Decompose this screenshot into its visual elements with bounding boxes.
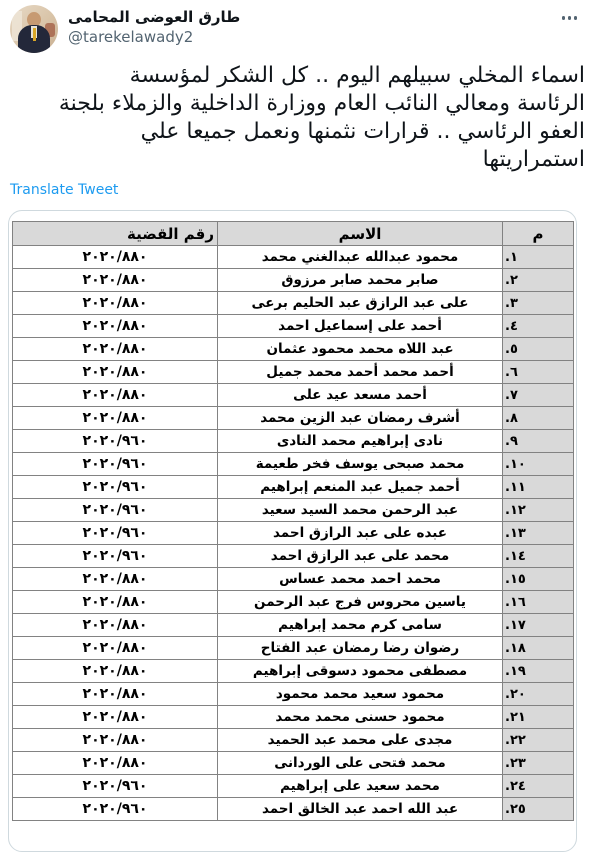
serial-cell: ١٩. [503, 660, 574, 683]
more-menu-icon[interactable] [558, 12, 582, 24]
case-table-body: ١.محمود عبدالله عبدالغني محمد٢٠٢٠/٨٨٠٢.ص… [13, 246, 574, 821]
case-number-value: ٢٠٢٠/٨٨٠ [83, 295, 148, 311]
case-number-value: ٢٠٢٠/٨٨٠ [83, 571, 148, 587]
case-number-cell: ٢٠٢٠/٨٨٠ [13, 591, 218, 614]
table-row: ١١.أحمد جميل عبد المنعم إبراهيم٢٠٢٠/٩٦٠ [13, 476, 574, 499]
name-cell: مصطفى محمود دسوقى إبراهيم [218, 660, 503, 683]
case-number-cell: ٢٠٢٠/٨٨٠ [13, 683, 218, 706]
case-number-value: ٢٠٢٠/٨٨٠ [83, 732, 148, 748]
case-number-value: ٢٠٢٠/٨٨٠ [83, 755, 148, 771]
tweet-line: الرئاسة ومعالي النائب العام ووزارة الداخ… [8, 90, 585, 118]
translate-tweet-link[interactable]: Translate Tweet [10, 182, 118, 198]
case-number-cell: ٢٠٢٠/٩٦٠ [13, 499, 218, 522]
serial-cell: ١٥. [503, 568, 574, 591]
case-number-cell: ٢٠٢٠/٨٨٠ [13, 384, 218, 407]
table-row: ٢٥.عبد الله احمد عبد الخالق احمد٢٠٢٠/٩٦٠ [13, 798, 574, 821]
user-block: طارق العوضى المحامى @tarekelawady2 [68, 7, 240, 47]
name-cell: أحمد جميل عبد المنعم إبراهيم [218, 476, 503, 499]
serial-cell: ٢٥. [503, 798, 574, 821]
case-number-cell: ٢٠٢٠/٨٨٠ [13, 407, 218, 430]
table-row: ٢٢.مجدى على محمد عبد الحميد٢٠٢٠/٨٨٠ [13, 729, 574, 752]
case-number-value: ٢٠٢٠/٨٨٠ [83, 686, 148, 702]
case-number-value: ٢٠٢٠/٨٨٠ [83, 663, 148, 679]
case-number-cell: ٢٠٢٠/٨٨٠ [13, 637, 218, 660]
name-cell: مجدى على محمد عبد الحميد [218, 729, 503, 752]
case-number-cell: ٢٠٢٠/٨٨٠ [13, 315, 218, 338]
name-cell: محمد صبحى يوسف فخر طعيمة [218, 453, 503, 476]
case-number-cell: ٢٠٢٠/٨٨٠ [13, 729, 218, 752]
tweet-text: اسماء المخلي سبيلهم اليوم .. كل الشكر لم… [8, 62, 585, 174]
case-number-cell: ٢٠٢٠/٩٦٠ [13, 430, 218, 453]
serial-cell: ١٧. [503, 614, 574, 637]
serial-cell: ٢٠. [503, 683, 574, 706]
serial-cell: ١. [503, 246, 574, 269]
case-number-cell: ٢٠٢٠/٩٦٠ [13, 545, 218, 568]
name-cell: أشرف رمضان عبد الزين محمد [218, 407, 503, 430]
case-number-cell: ٢٠٢٠/٨٨٠ [13, 361, 218, 384]
serial-cell: ٣. [503, 292, 574, 315]
case-number-value: ٢٠٢٠/٨٨٠ [83, 387, 148, 403]
user-handle: @tarekelawady2 [68, 27, 240, 47]
name-cell: محمد احمد محمد عساس [218, 568, 503, 591]
case-number-value: ٢٠٢٠/٩٦٠ [83, 778, 148, 794]
case-number-value: ٢٠٢٠/٩٦٠ [83, 502, 148, 518]
tweet-page: طارق العوضى المحامى @tarekelawady2 اسماء… [0, 0, 595, 852]
table-row: ١.محمود عبدالله عبدالغني محمد٢٠٢٠/٨٨٠ [13, 246, 574, 269]
case-number-value: ٢٠٢٠/٩٦٠ [83, 479, 148, 495]
serial-cell: ٢٣. [503, 752, 574, 775]
case-number-value: ٢٠٢٠/٨٨٠ [83, 272, 148, 288]
case-number-cell: ٢٠٢٠/٨٨٠ [13, 269, 218, 292]
name-cell: محمد فتحى على الوردانى [218, 752, 503, 775]
serial-cell: ٧. [503, 384, 574, 407]
serial-cell: ١٨. [503, 637, 574, 660]
table-row: ٧.أحمد مسعد عيد على٢٠٢٠/٨٨٠ [13, 384, 574, 407]
serial-cell: ١٣. [503, 522, 574, 545]
case-number-value: ٢٠٢٠/٨٨٠ [83, 341, 148, 357]
case-number-value: ٢٠٢٠/٨٨٠ [83, 249, 148, 265]
tweet-line: العفو الرئاسي .. قرارات نثمنها ونعمل جمي… [8, 118, 585, 146]
table-header-row: م الاسم رقم القضية [13, 222, 574, 246]
table-row: ٤.أحمد على إسماعيل احمد٢٠٢٠/٨٨٠ [13, 315, 574, 338]
name-cell: محمود حسنى محمد محمد [218, 706, 503, 729]
table-row: ٦.أحمد محمد أحمد محمد جميل٢٠٢٠/٨٨٠ [13, 361, 574, 384]
table-row: ٢٠.محمود سعيد محمد محمود٢٠٢٠/٨٨٠ [13, 683, 574, 706]
case-number-cell: ٢٠٢٠/٩٦٠ [13, 522, 218, 545]
case-number-cell: ٢٠٢٠/٨٨٠ [13, 752, 218, 775]
name-cell: محمود سعيد محمد محمود [218, 683, 503, 706]
case-number-cell: ٢٠٢٠/٨٨٠ [13, 338, 218, 361]
serial-cell: ٥. [503, 338, 574, 361]
case-table: م الاسم رقم القضية ١.محمود عبدالله عبدال… [12, 221, 574, 821]
serial-cell: ١٠. [503, 453, 574, 476]
table-row: ٨.أشرف رمضان عبد الزين محمد٢٠٢٠/٨٨٠ [13, 407, 574, 430]
case-number-cell: ٢٠٢٠/٩٦٠ [13, 476, 218, 499]
serial-cell: ١٤. [503, 545, 574, 568]
table-row: ١٢.عبد الرحمن محمد السيد سعيد٢٠٢٠/٩٦٠ [13, 499, 574, 522]
case-number-cell: ٢٠٢٠/٨٨٠ [13, 568, 218, 591]
table-row: ١٤.محمد على عبد الرازق احمد٢٠٢٠/٩٦٠ [13, 545, 574, 568]
avatar[interactable] [10, 5, 58, 53]
tweet-line: استمراريتها [8, 146, 585, 174]
serial-cell: ٢. [503, 269, 574, 292]
tweet-line: اسماء المخلي سبيلهم اليوم .. كل الشكر لم… [8, 62, 585, 90]
serial-cell: ١١. [503, 476, 574, 499]
case-number-value: ٢٠٢٠/٨٨٠ [83, 617, 148, 633]
table-row: ١٧.سامى كرم محمد إبراهيم٢٠٢٠/٨٨٠ [13, 614, 574, 637]
case-number-cell: ٢٠٢٠/٩٦٠ [13, 798, 218, 821]
tweet-media-card[interactable]: م الاسم رقم القضية ١.محمود عبدالله عبدال… [8, 210, 577, 852]
case-number-value: ٢٠٢٠/٨٨٠ [83, 318, 148, 334]
name-cell: سامى كرم محمد إبراهيم [218, 614, 503, 637]
name-cell: نادى إبراهيم محمد النادى [218, 430, 503, 453]
column-header-case-number: رقم القضية [13, 222, 218, 246]
column-header-serial: م [503, 222, 574, 246]
avatar-tie [33, 28, 36, 41]
serial-cell: ٢١. [503, 706, 574, 729]
column-header-name: الاسم [218, 222, 503, 246]
serial-cell: ٦. [503, 361, 574, 384]
name-cell: عبد الرحمن محمد السيد سعيد [218, 499, 503, 522]
case-number-value: ٢٠٢٠/٨٨٠ [83, 594, 148, 610]
name-cell: محمد سعيد على إبراهيم [218, 775, 503, 798]
case-number-value: ٢٠٢٠/٩٦٠ [83, 433, 148, 449]
table-row: ٢٤.محمد سعيد على إبراهيم٢٠٢٠/٩٦٠ [13, 775, 574, 798]
name-cell: محمد على عبد الرازق احمد [218, 545, 503, 568]
case-number-cell: ٢٠٢٠/٨٨٠ [13, 614, 218, 637]
table-row: ٢٣.محمد فتحى على الوردانى٢٠٢٠/٨٨٠ [13, 752, 574, 775]
serial-cell: ٨. [503, 407, 574, 430]
table-row: ٢.صابر محمد صابر مرزوق٢٠٢٠/٨٨٠ [13, 269, 574, 292]
name-cell: على عبد الرازق عبد الحليم برعى [218, 292, 503, 315]
case-number-cell: ٢٠٢٠/٩٦٠ [13, 453, 218, 476]
table-row: ٩.نادى إبراهيم محمد النادى٢٠٢٠/٩٦٠ [13, 430, 574, 453]
name-cell: ياسين محروس فرج عبد الرحمن [218, 591, 503, 614]
display-name[interactable]: طارق العوضى المحامى [68, 7, 240, 27]
case-number-value: ٢٠٢٠/٨٨٠ [83, 364, 148, 380]
case-number-cell: ٢٠٢٠/٨٨٠ [13, 660, 218, 683]
case-number-cell: ٢٠٢٠/٨٨٠ [13, 706, 218, 729]
case-number-value: ٢٠٢٠/٨٨٠ [83, 640, 148, 656]
case-number-value: ٢٠٢٠/٩٦٠ [83, 456, 148, 472]
table-row: ٥.عبد اللاه محمد محمود عثمان٢٠٢٠/٨٨٠ [13, 338, 574, 361]
case-number-value: ٢٠٢٠/٩٦٠ [83, 548, 148, 564]
case-number-value: ٢٠٢٠/٩٦٠ [83, 525, 148, 541]
case-number-value: ٢٠٢٠/٨٨٠ [83, 410, 148, 426]
table-row: ١٨.رضوان رضا رمضان عبد الفتاح٢٠٢٠/٨٨٠ [13, 637, 574, 660]
table-row: ١٦.ياسين محروس فرج عبد الرحمن٢٠٢٠/٨٨٠ [13, 591, 574, 614]
name-cell: محمود عبدالله عبدالغني محمد [218, 246, 503, 269]
serial-cell: ٢٤. [503, 775, 574, 798]
name-cell: أحمد على إسماعيل احمد [218, 315, 503, 338]
serial-cell: ٢٢. [503, 729, 574, 752]
name-cell: عبد الله احمد عبد الخالق احمد [218, 798, 503, 821]
name-cell: عبد اللاه محمد محمود عثمان [218, 338, 503, 361]
serial-cell: ١٢. [503, 499, 574, 522]
name-cell: أحمد محمد أحمد محمد جميل [218, 361, 503, 384]
case-number-cell: ٢٠٢٠/٩٦٠ [13, 775, 218, 798]
case-number-value: ٢٠٢٠/٨٨٠ [83, 709, 148, 725]
serial-cell: ١٦. [503, 591, 574, 614]
serial-cell: ٩. [503, 430, 574, 453]
table-row: ٢١.محمود حسنى محمد محمد٢٠٢٠/٨٨٠ [13, 706, 574, 729]
table-row: ١٠.محمد صبحى يوسف فخر طعيمة٢٠٢٠/٩٦٠ [13, 453, 574, 476]
case-number-cell: ٢٠٢٠/٨٨٠ [13, 292, 218, 315]
table-row: ١٩.مصطفى محمود دسوقى إبراهيم٢٠٢٠/٨٨٠ [13, 660, 574, 683]
table-row: ٣.على عبد الرازق عبد الحليم برعى٢٠٢٠/٨٨٠ [13, 292, 574, 315]
case-number-cell: ٢٠٢٠/٨٨٠ [13, 246, 218, 269]
name-cell: عبده على عبد الرازق احمد [218, 522, 503, 545]
case-number-value: ٢٠٢٠/٩٦٠ [83, 801, 148, 817]
name-cell: صابر محمد صابر مرزوق [218, 269, 503, 292]
table-row: ١٣.عبده على عبد الرازق احمد٢٠٢٠/٩٦٠ [13, 522, 574, 545]
name-cell: أحمد مسعد عيد على [218, 384, 503, 407]
table-row: ١٥.محمد احمد محمد عساس٢٠٢٠/٨٨٠ [13, 568, 574, 591]
name-cell: رضوان رضا رمضان عبد الفتاح [218, 637, 503, 660]
serial-cell: ٤. [503, 315, 574, 338]
